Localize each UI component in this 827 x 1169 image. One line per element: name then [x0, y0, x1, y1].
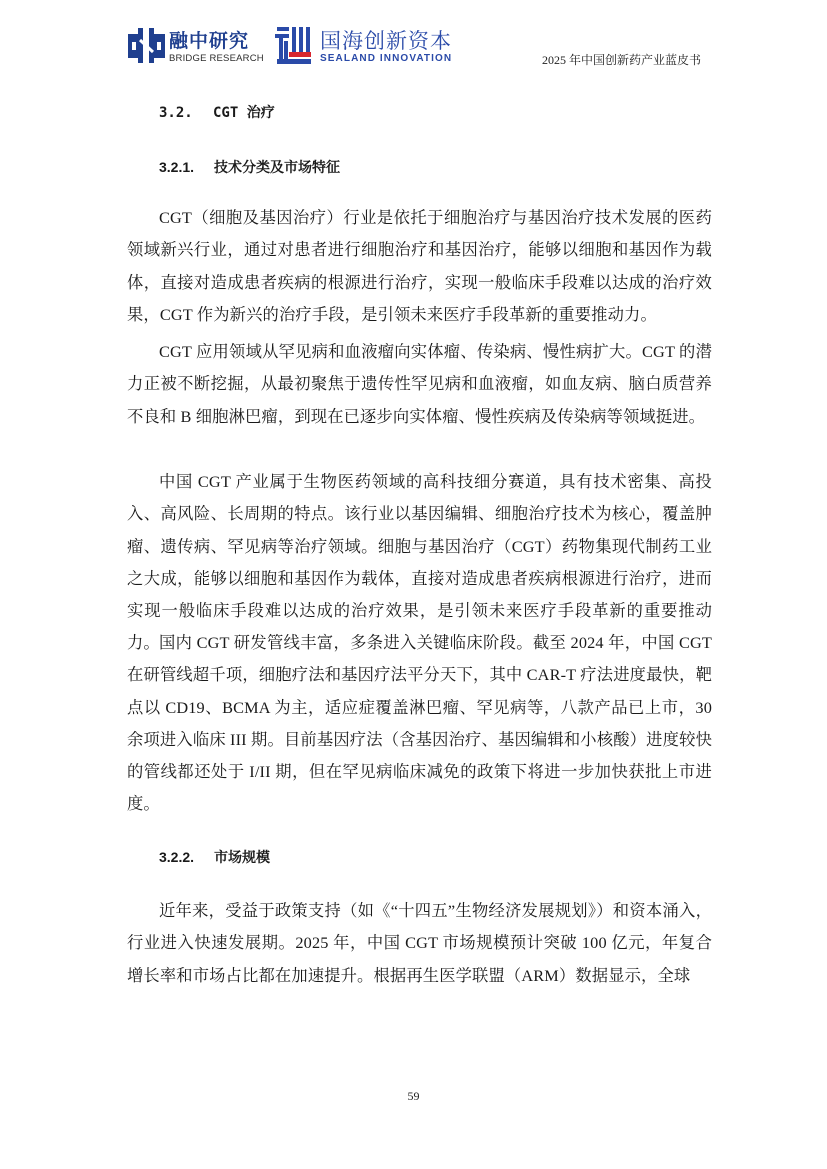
section-title: CGT 治疗: [213, 105, 275, 121]
section-heading-3-2-1: 3.2.1.技术分类及市场特征: [159, 157, 340, 177]
sealand-logo-icon: [275, 25, 313, 65]
bridge-research-logo: 融中研究 BRIDGE RESEARCH: [128, 26, 268, 66]
section-number: 3.2.: [159, 105, 213, 121]
paragraph: 国内 CGT 研发管线丰富，多条进入关键临床阶段。截至 2024 年，中国 CG…: [127, 627, 712, 821]
page-header: 融中研究 BRIDGE RESEARCH 国海创新资本 SEALAND INNO…: [0, 0, 827, 80]
book-title: 2025 年中国创新药产业蓝皮书: [542, 51, 701, 68]
section-title: 市场规模: [214, 849, 270, 865]
section-number: 3.2.2.: [159, 849, 214, 865]
sealand-logo-cn: 国海创新资本: [320, 25, 452, 55]
sealand-logo: 国海创新资本 SEALAND INNOVATION: [275, 25, 475, 67]
section-title: 技术分类及市场特征: [214, 159, 340, 175]
paragraph: CGT 应用领域从罕见病和血液瘤向实体瘤、传染病、慢性病扩大。CGT 的潜力正被…: [127, 336, 712, 433]
paragraph: CGT（细胞及基因治疗）行业是依托于细胞治疗与基因治疗技术发展的医药领域新兴行业…: [127, 202, 712, 331]
bridge-logo-en: BRIDGE RESEARCH: [169, 53, 264, 64]
section-heading-3-2: 3.2.CGT 治疗: [159, 102, 275, 122]
paragraph: 近年来，受益于政策支持（如《“十四五”生物经济发展规划》）和资本涌入，行业进入快…: [127, 895, 712, 992]
bridge-logo-cn: 融中研究: [169, 26, 249, 53]
section-heading-3-2-2: 3.2.2.市场规模: [159, 847, 270, 867]
page-number: 59: [0, 1089, 827, 1104]
section-number: 3.2.1.: [159, 159, 214, 175]
sealand-logo-en: SEALAND INNOVATION: [320, 53, 452, 64]
bridge-research-logo-icon: [128, 28, 165, 63]
